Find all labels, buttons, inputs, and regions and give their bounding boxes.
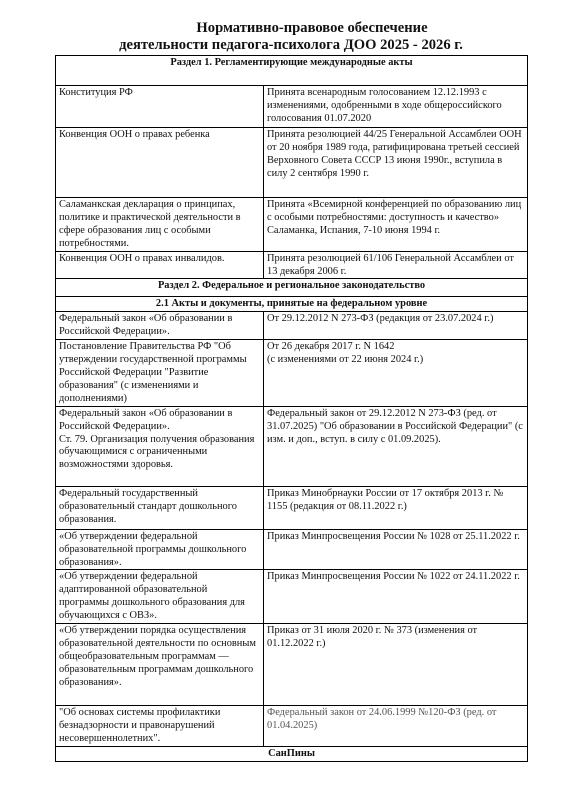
table-row: Федеральный государственный образователь… xyxy=(56,486,528,529)
document-details: Федеральный закон от 29.12.2012 N 273-ФЗ… xyxy=(264,406,528,486)
table-row: Конституция РФ Принята всенародным голос… xyxy=(56,86,528,128)
document-details: Приказ от 31 июля 2020 г. № 373 (изменен… xyxy=(264,624,528,706)
document-name: "Об основах системы профилактики безнадз… xyxy=(56,706,264,747)
title-line-2: деятельности педагога-психолога ДОО 2025… xyxy=(55,37,527,54)
table-row: «Об утверждении федеральной адаптированн… xyxy=(56,570,528,624)
document-details: Принята «Всемирной конференцией по образ… xyxy=(264,198,528,252)
document-details: От 26 декабря 2017 г. N 1642 (с изменени… xyxy=(264,340,528,407)
subsection-header-row: 2.1 Акты и документы, принятые на федера… xyxy=(56,297,528,312)
table-row: Постановление Правительства РФ "Об утвер… xyxy=(56,340,528,407)
sanpin-header-row: СанПины xyxy=(56,747,528,762)
document-details: Принята резолюцией 61/106 Генеральной Ас… xyxy=(264,251,528,279)
document-name: Конвенция ООН о правах инвалидов. xyxy=(56,251,264,279)
table-row: Федеральный закон «Об образовании в Росс… xyxy=(56,312,528,340)
table-row: "Об основах системы профилактики безнадз… xyxy=(56,706,528,747)
document-details: Принята резолюцией 44/25 Генеральной Асс… xyxy=(264,128,528,198)
document-name: Конвенция ООН о правах ребенка xyxy=(56,128,264,198)
document-name: «Об утверждении порядка осуществления об… xyxy=(56,624,264,706)
subsection-heading: 2.1 Акты и документы, принятые на федера… xyxy=(56,297,528,312)
document-details: Приказ Минобрнауки России от 17 октября … xyxy=(264,486,528,529)
table-row: Конвенция ООН о правах ребенка Принята р… xyxy=(56,128,528,198)
document-name: Постановление Правительства РФ "Об утвер… xyxy=(56,340,264,407)
table-row: Конвенция ООН о правах инвалидов. Принят… xyxy=(56,251,528,279)
document-details: Принята всенародным голосованием 12.12.1… xyxy=(264,86,528,128)
document-details: Федеральный закон от 24.06.1999 №120-ФЗ … xyxy=(264,706,528,747)
table-row: Саламанкская декларация о принципах, пол… xyxy=(56,198,528,252)
section-2-header-row: Раздел 2. Федеральное и региональное зак… xyxy=(56,279,528,297)
document-name: «Об утверждении федеральной адаптированн… xyxy=(56,570,264,624)
table-row: «Об утверждении порядка осуществления об… xyxy=(56,624,528,706)
document-details: От 29.12.2012 N 273-ФЗ (редакция от 23.0… xyxy=(264,312,528,340)
title-line-1: Нормативно-правовое обеспечение xyxy=(55,20,527,37)
document-name: Федеральный закон «Об образовании в Росс… xyxy=(56,406,264,486)
document-name: Федеральный государственный образователь… xyxy=(56,486,264,529)
document-details: Приказ Минпросвещения России № 1028 от 2… xyxy=(264,529,528,570)
document-name: «Об утверждении федеральной образователь… xyxy=(56,529,264,570)
section-2-heading: Раздел 2. Федеральное и региональное зак… xyxy=(56,279,528,297)
document-details: Приказ Минпросвещения России № 1022 от 2… xyxy=(264,570,528,624)
table-row: Федеральный закон «Об образовании в Росс… xyxy=(56,406,528,486)
table-row: «Об утверждении федеральной образователь… xyxy=(56,529,528,570)
section-1-heading: Раздел 1. Регламентирующие международные… xyxy=(56,56,528,86)
regulations-table: Раздел 1. Регламентирующие международные… xyxy=(55,55,528,762)
document-name: Федеральный закон «Об образовании в Росс… xyxy=(56,312,264,340)
document-name: Конституция РФ xyxy=(56,86,264,128)
document-title: Нормативно-правовое обеспечение деятельн… xyxy=(55,20,527,54)
section-1-header-row: Раздел 1. Регламентирующие международные… xyxy=(56,56,528,86)
document-name: Саламанкская декларация о принципах, пол… xyxy=(56,198,264,252)
sanpin-heading: СанПины xyxy=(56,747,528,762)
